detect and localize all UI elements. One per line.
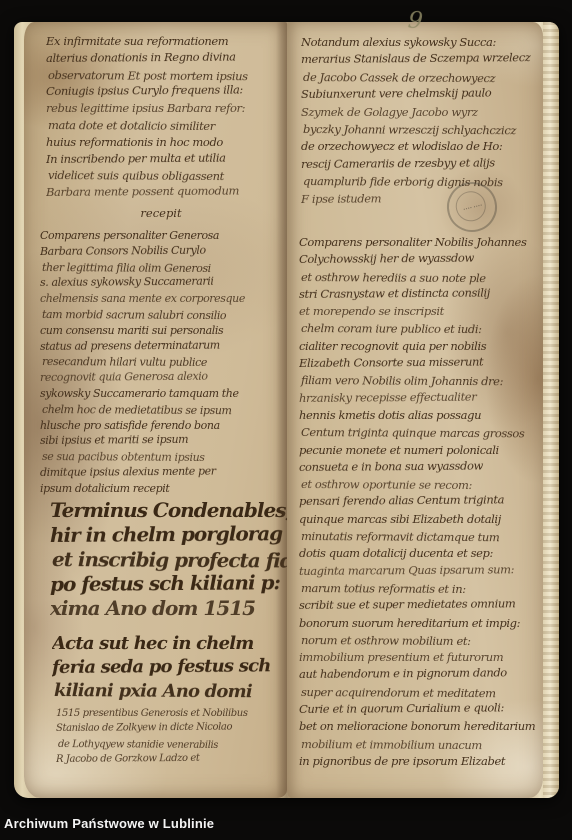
manuscript-line: scribit sue et super medietates omnium: [299, 595, 541, 614]
manuscript-line: Stanislao de Zolkyew in dicte Nicolao: [56, 720, 287, 737]
manuscript-line: aut habendorum e in pignorum dando: [299, 665, 541, 684]
manuscript-line: norum et osthrow mobilium et:: [301, 632, 541, 651]
manuscript-line: F ipse istudem: [301, 189, 543, 208]
manuscript-line: hennis kmetis dotis alias possagu: [299, 407, 541, 424]
manuscript-line: et inscribig profecta fida: [52, 547, 287, 573]
manuscript-line: pecunie monete et numeri polonicali: [299, 442, 541, 459]
manuscript-line: in pignoribus de pre ipsorum Elizabet: [299, 753, 541, 770]
manuscript-line: tuaginta marcarum Quas ipsarum sum:: [299, 561, 541, 580]
left-paragraph-1-catchword: recepit: [46, 206, 276, 220]
manuscript-line: kiliani pxia Ano domi: [54, 679, 287, 702]
manuscript-line: et morependo se inscripsit: [299, 303, 541, 320]
manuscript-line: recognovit quia Generosa alexio: [40, 368, 282, 386]
manuscript-line: bonorum suorum hereditarium et impig:: [299, 615, 541, 632]
manuscript-page-left: Ex infirmitate sua reformationemalterius…: [24, 22, 287, 798]
manuscript-line: feria seda po festus sch: [52, 654, 287, 679]
manuscript-line: chelm coram iure publico et iudi:: [301, 320, 541, 339]
manuscript-line: Coniugis ipsius Curylo frequens illa:: [46, 81, 287, 100]
manuscript-line: sykowsky Succamerario tamquam the: [40, 386, 282, 402]
left-acta-heading: Acta sut hec in chelmferia seda po festu…: [52, 632, 287, 703]
manuscript-line: po festus sch kiliani p:: [50, 570, 287, 596]
open-manuscript-book: Ex infirmitate sua reformationemalterius…: [14, 22, 559, 798]
manuscript-line: alterius donationis in Regno divina: [46, 48, 287, 67]
manuscript-line: Szymek de Golagye Jacobo wyrz: [301, 104, 543, 121]
manuscript-line: Elizabeth Consorte sua misserunt: [299, 353, 541, 372]
left-paragraph-2: Comparens personaliter GenerosaBarbara C…: [40, 228, 282, 497]
manuscript-line: In inscribendo per multa et utilia: [46, 149, 287, 168]
manuscript-line: Curie et in quorum Curialium e quoli:: [299, 699, 541, 718]
manuscript-line: R Jacobo de Gorzkow Ladzo et: [56, 750, 287, 767]
manuscript-line: rescij Camerariis de rzesbyy et alijs: [301, 154, 543, 173]
manuscript-line: status ad presens determinatarum: [40, 337, 282, 355]
left-acta-witness-lines: 1515 presentibus Generosis et NobilibusS…: [56, 706, 287, 768]
manuscript-line: byczky Johanni wrzesczij schlyachczicz: [303, 121, 543, 140]
manuscript-line: hir in chelm porglorag: [50, 521, 287, 547]
manuscript-line: Colychowsskij her de wyassdow: [299, 249, 541, 268]
manuscript-line: bet on melioracione bonorum hereditarium: [299, 718, 541, 735]
manuscript-line: quinque marcas sibi Elizabeth dotalij: [299, 511, 541, 528]
manuscript-line: Ex infirmitate sua reformationem: [46, 33, 287, 50]
manuscript-line: Acta sut hec in chelm: [52, 632, 287, 656]
manuscript-line: Subiunxerunt vere chelmskij paulo: [301, 84, 543, 103]
scanned-manuscript-image: Ex infirmitate sua reformationemalterius…: [0, 0, 572, 840]
right-paragraph-1: Notandum alexius sykowsky Succa:merarius…: [301, 34, 543, 208]
left-paragraph-1: Ex infirmitate sua reformationemalterius…: [46, 33, 287, 201]
archive-caption-text: Archiwum Państwowe w Lublinie: [4, 816, 214, 831]
manuscript-line: hrzanisky recepisse effectualiter: [299, 388, 541, 407]
manuscript-line: chelm hoc de medietatibus se ipsum: [42, 402, 282, 419]
manuscript-line: consueta e in bona sua wyassdow: [299, 457, 541, 476]
manuscript-line: sibi ipsius et mariti se ipsum: [40, 431, 282, 449]
manuscript-line: tam morbid sacrum salubri consilio: [42, 307, 282, 324]
manuscript-line: de orzechowyecz et wlodislao de Ho:: [301, 138, 543, 155]
manuscript-line: Centum triginta quinque marcas grossos: [301, 424, 541, 443]
manuscript-line: merarius Stanislaus de Sczempa wrzelecz: [301, 50, 543, 69]
manuscript-page-right: Notandum alexius sykowsky Succa:merarius…: [287, 22, 543, 798]
manuscript-line: Barbara Consors Nobilis Curylo: [40, 242, 282, 260]
manuscript-line: mobilium et immobilium unacum: [301, 736, 541, 755]
manuscript-line: chelmensis sana mente ex corporesque: [40, 291, 282, 307]
right-paragraph-2: Comparens personaliter Nobilis JohannesC…: [299, 234, 541, 770]
archive-caption-bar: Archiwum Państwowe w Lublinie: [0, 798, 572, 840]
manuscript-line: mata dote et dotalicio similiter: [48, 117, 287, 135]
manuscript-line: Terminus Condenables,: [50, 498, 287, 523]
manuscript-line: minutatis reformavit dictamque tum: [301, 528, 541, 547]
manuscript-line: Barbara mente possent quomodum: [46, 182, 287, 201]
manuscript-line: s. alexius sykowsky Succamerarii: [40, 273, 282, 291]
manuscript-line: huius reformationis in hoc modo: [46, 134, 287, 151]
manuscript-line: rebus legittime ipsius Barbara refor:: [46, 100, 287, 117]
page-stack-edge: [543, 22, 559, 798]
manuscript-line: dimitque ipsius alexius mente per: [40, 463, 282, 481]
left-display-heading: Terminus Condenables,hir in chelm porglo…: [50, 498, 287, 621]
manuscript-line: dotis quam dotalicij ducenta et sep:: [299, 545, 541, 562]
manuscript-line: ipsum dotalicium recepit: [40, 481, 282, 497]
folio-page-number: 9: [407, 7, 424, 34]
manuscript-line: cum consensu mariti sui personalis: [40, 323, 282, 339]
manuscript-line: stri Crasnystaw et distincta consilij: [299, 284, 541, 303]
manuscript-line: xima Ano dom 1515: [50, 596, 287, 621]
manuscript-line: pensari ferendo alias Centum triginta: [299, 492, 541, 511]
